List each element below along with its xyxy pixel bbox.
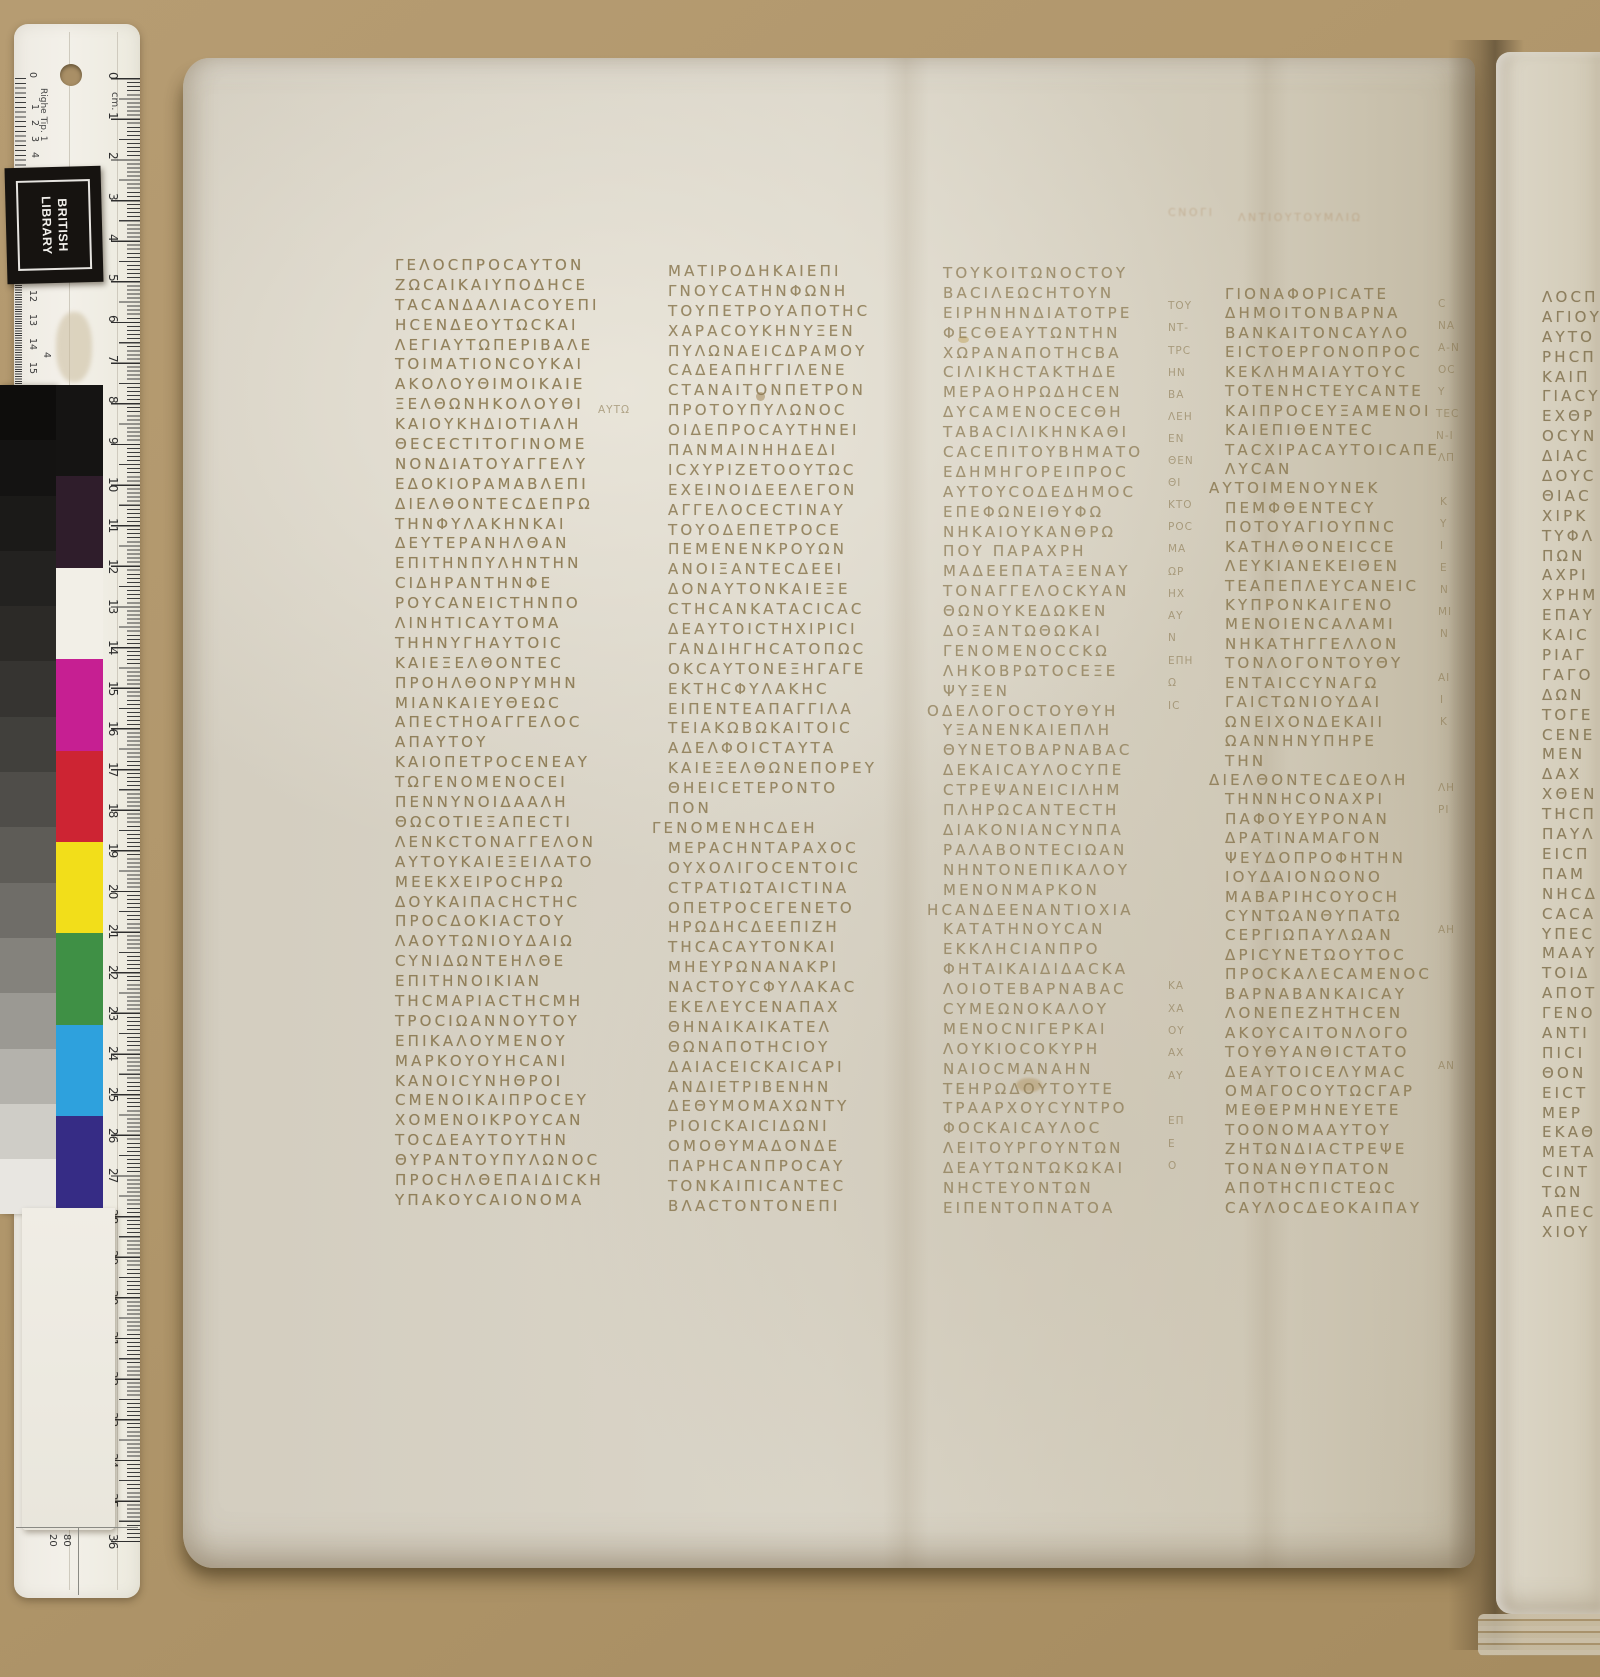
manuscript-line: ΠΟΝ	[668, 799, 877, 819]
ruler-cm-number: 27	[106, 1168, 120, 1183]
manuscript-line: ΠΟΤΟΥΑΓΙΟΥΠΝC	[1225, 518, 1440, 537]
correction-mark: ΩΡ	[1168, 566, 1184, 578]
manuscript-line: ΤΟΥΟΔΕΠΕΤΡΟCΕ	[668, 521, 877, 541]
facing-page-line: ΕΠΑΥ	[1542, 606, 1600, 626]
ruler-cm-number: 5	[106, 274, 120, 282]
facing-page-line: ΕΧΘΡ	[1542, 407, 1600, 427]
manuscript-line: CΤΑΝΑΙΤΟΝΠΕΤΡΟΝ	[668, 381, 877, 401]
manuscript-line: ΠΟΥ ΠΑΡΑΧΡΗ	[943, 542, 1143, 562]
manuscript-line: ΝΗΚΑΤΗΓΓΕΛΛΟΝ	[1225, 635, 1440, 654]
text-column-1: ΓΕΛΟCΠΡΟCΑΥΤΟΝΖΩCΑΙΚΑΙΥΠΟΔΗCΕΤΑCΑΝΔΑΛΙΑC…	[395, 256, 604, 1211]
manuscript-line: ΚΑΤΗΛΘΟΝΕΙCCΕ	[1225, 538, 1440, 557]
correction-mark: Ν	[1168, 632, 1177, 644]
facing-page-line: ΡΙΑΓ	[1542, 646, 1600, 666]
manuscript-line: ΠΕΝΝΥΝΟΙΔΑΑΛΗ	[395, 793, 604, 813]
correction-mark: ΕΠΗ	[1168, 655, 1193, 667]
manuscript-line: ΤΗΝΦΥΛΑΚΗΝΚΑΙ	[395, 515, 604, 535]
manuscript-line: ΚΑΙΕΞΕΛΘΩΝΕΠΟΡΕΥ	[668, 759, 877, 779]
manuscript-line: ΤΑCΧΙΡΑCΑΥΤΟΙCΑΠΕ	[1225, 441, 1440, 460]
manuscript-line: ΔΟΝΑΥΤΟΝΚΑΙΕΞΕ	[668, 580, 877, 600]
manuscript-line: ΝΟΝΔΙΑΤΟΥΑΓΓΕΛΥ	[395, 455, 604, 475]
correction-mark: Ε	[1440, 562, 1448, 574]
manuscript-line: ΘΩΝΑΠΟΤΗCΙΟΥ	[668, 1038, 877, 1058]
ruler-bottom-mark: 20	[47, 1534, 58, 1547]
manuscript-line: ΔΙΕΛΘΟΝΤΕCΔΕΟΛΗ	[1209, 771, 1440, 790]
facing-page-line: ΔΙΑC	[1542, 447, 1600, 467]
ruler-cm-number: 18	[106, 803, 120, 818]
ruler-zero-left: 0	[27, 72, 38, 78]
manuscript-line: ΔΕΑΥΤΟΙCΤΗΧΙΡΙCΙ	[668, 620, 877, 640]
manuscript-line: ΟΙΔΕΠΡΟCΑΥΤΗΝΕΙ	[668, 421, 877, 441]
manuscript-line: ΜΕΡΑCΗΝΤΑΡΑΧΟC	[668, 839, 877, 859]
facing-page-line: ΜΑΑΥ	[1542, 944, 1600, 964]
manuscript-line: CΥΝΙΔΩΝΤΕΗΛΘΕ	[395, 952, 604, 972]
grayscale-calibration-card	[0, 385, 56, 1214]
facing-page-line: ΕΙCΠ	[1542, 845, 1600, 865]
manuscript-line: ΔΟΥΚΑΙΠΑCΗCΤΗC	[395, 893, 604, 913]
manuscript-line: ΔΕΘΥΜΟΜΑΧΩΝΤΥ	[668, 1097, 877, 1117]
manuscript-line: ΑΠΕCΤΗΟΑΓΓΕΛΟC	[395, 713, 604, 733]
manuscript-line: ΤΟΥΚΟΙΤΩΝΟCΤΟΥ	[943, 264, 1143, 284]
correction-mark: ΑΥ	[1168, 610, 1184, 622]
manuscript-line: ΠΡΟCΚΑΛΕCΑΜΕΝΟC	[1225, 965, 1440, 984]
manuscript-line: ΠΕΜΦΘΕΝΤΕCΥ	[1225, 499, 1440, 518]
manuscript-line: ΤΟΙΜΑΤΙΟΝCΟΥΚΑΙ	[395, 355, 604, 375]
ruler-bottom-line	[16, 1527, 138, 1528]
manuscript-line: ΙΟΥΔΑΙΟΝΩΟΝΟ	[1225, 868, 1440, 887]
facing-page-line: ΔΟΥC	[1542, 467, 1600, 487]
correction-mark: ΕΝ	[1168, 433, 1185, 445]
manuscript-line: ΡΑΛΑΒΟΝΤΕCΙΩΑΝ	[943, 841, 1143, 861]
manuscript-line: ΛΗΚΟΒΡΩΤΟCΕΞΕ	[943, 662, 1143, 682]
manuscript-line: ΕΠΙΚΑΛΟΥΜΕΝΟΥ	[395, 1032, 604, 1052]
ruler-left-number: 13	[27, 314, 38, 326]
manuscript-line: ΕΚΚΛΗCΙΑΝΠΡΟ	[943, 940, 1143, 960]
manuscript-line: ΩΑΝΝΗΝΥΠΗΡΕ	[1225, 732, 1440, 751]
ruler-left-unit: 4	[41, 352, 52, 358]
manuscript-line: ΟΜΟΘΥΜΑΔΟΝΔΕ	[668, 1137, 877, 1157]
manuscript-line: ΤΡΟCΙΩΑΝΝΟΥΤΟΥ	[395, 1012, 604, 1032]
manuscript-line: ΤΗΗΝΥΓΗΑΥΤΟΙC	[395, 634, 604, 654]
text-column-4: ΓΙΟΝΑΦΟΡΙCΑΤΕΔΗΜΟΙΤΟΝΒΑΡΝΑΒΑΝΚΑΙΤΟΝCΑΥΛΟ…	[1225, 285, 1440, 1218]
manuscript-line: ΜΑΒΑΡΙΗCΟΥΟCΗ	[1225, 888, 1440, 907]
manuscript-line: ΑΥΤΟΥΚΑΙΕΞΕΙΛΑΤΟ	[395, 853, 604, 873]
correction-mark: Ι	[1440, 694, 1444, 706]
manuscript-line: CΕΡΓΙΩΠΑΥΛΩΑΝ	[1225, 926, 1440, 945]
manuscript-line: ΦΟCΚΑΙCΑΥΛΟC	[943, 1119, 1143, 1139]
ruler-cm-number: 24	[106, 1046, 120, 1061]
manuscript-line: ΘΗΝΑΙΚΑΙΚΑΤΕΛ	[668, 1018, 877, 1038]
manuscript-line: ΤΟΝΑΝΘΥΠΑΤΟΝ	[1225, 1160, 1440, 1179]
manuscript-line: ΤΟΟΝΟΜΑΑΥΤΟΥ	[1225, 1121, 1440, 1140]
manuscript-line: ΕΙΠΕΝΤΕΑΠΑΓΓΙΛΑ	[668, 700, 877, 720]
manuscript-line: ΕΚΕΛΕΥCΕΝΑΠΑΧ	[668, 998, 877, 1018]
manuscript-line: ΤΡΑΑΡΧΟΥCΥΝΤΡΟ	[943, 1099, 1143, 1119]
facing-page-line: ΑΓΙΟΥ	[1542, 308, 1600, 328]
page-crease	[883, 58, 929, 1568]
manuscript-line: ΕΝΤΑΙCCΥΝΑΓΩ	[1225, 674, 1440, 693]
manuscript-line: ΝΗΝΤΟΝΕΠΙΚΑΛΟΥ	[943, 861, 1143, 881]
correction-mark: ΑΧ	[1168, 1047, 1184, 1059]
manuscript-line: ΡΙΟΙCΚΑΙCΙΔΩΝΙ	[668, 1117, 877, 1137]
manuscript-line: ΛΟΝΕΠΕΖΗΤΗCΕΝ	[1225, 1004, 1440, 1023]
manuscript-line: ΤΟΥΠΕΤΡΟΥΑΠΟΤΗC	[668, 302, 877, 322]
facing-page-line: ΤΥΦΛ	[1542, 527, 1600, 547]
text-column-3: ΤΟΥΚΟΙΤΩΝΟCΤΟΥΒΑCΙΛΕΩCΗΤΟΥΝΕΙΡΗΝΗΝΔΙΑΤΟΤ…	[943, 264, 1143, 1219]
manuscript-line: ΜΗΕΥΡΩΝΑΝΑΚΡΙ	[668, 958, 877, 978]
facing-page-line: ΤΗCΠ	[1542, 805, 1600, 825]
manuscript-line: ΝΑCΤΟΥCΦΥΛΑΚΑC	[668, 978, 877, 998]
manuscript-line: ΔΗΜΟΙΤΟΝΒΑΡΝΑ	[1225, 304, 1440, 323]
manuscript-line: ΤΟΝΚΑΙΠΙCΑΝΤΕC	[668, 1177, 877, 1197]
correction-mark: ΗΧ	[1168, 588, 1185, 600]
manuscript-line: ΤΟCΔΕΑΥΤΟΥΤΗΝ	[395, 1131, 604, 1151]
manuscript-line: ΑΔΕΛΦΟΙCΤΑΥΤΑ	[668, 739, 877, 759]
correction-mark: Ι	[1440, 540, 1444, 552]
manuscript-line: ΑΝΟΙΞΑΝΤΕCΔΕΕΙ	[668, 560, 877, 580]
grayscale-patch	[0, 827, 56, 882]
manuscript-line: ΑΚΟΛΟΥΘΙΜΟΙΚΑΙΕ	[395, 375, 604, 395]
manuscript-line: ΔΕΑΥΤΩΝΤΩΚΩΚΑΙ	[943, 1159, 1143, 1179]
grayscale-patch	[0, 1104, 56, 1159]
facing-page-line: ΔΑΧ	[1542, 765, 1600, 785]
ruler-left-number: 12	[27, 290, 38, 302]
manuscript-line: ΛΕΙΤΟΥΡΓΟΥΝΤΩΝ	[943, 1139, 1143, 1159]
manuscript-line: ΕΚΤΗCΦΥΛΑΚΗC	[668, 680, 877, 700]
manuscript-line: ΡΟΥCΑΝΕΙCΤΗΝΠΟ	[395, 594, 604, 614]
facing-page-line: ΓΙΑCΥ	[1542, 387, 1600, 407]
manuscript-line: ΕΙΠΕΝΤΟΠΝΑΤΟΑ	[943, 1199, 1143, 1219]
manuscript-line: ΚΑΙΟΠΕΤΡΟCΕΝΕΑΥ	[395, 753, 604, 773]
manuscript-line: ΤΑCΑΝΔΑΛΙΑCΟΥΕΠΙ	[395, 296, 604, 316]
manuscript-line: ΛΕΥΚΙΑΝΕΚΕΙΘΕΝ	[1225, 557, 1440, 576]
color-patch	[56, 1116, 103, 1207]
manuscript-line: ΥΠΑΚΟΥCΑΙΟΝΟΜΑ	[395, 1191, 604, 1211]
manuscript-line: ΚΑΙΕΞΕΛΘΟΝΤΕC	[395, 654, 604, 674]
ruler-unit-label: cm.	[109, 92, 120, 110]
manuscript-line: ΦΕCΘΕΑΥΤΩΝΤΗΝ	[943, 324, 1143, 344]
stacked-leaf-edges	[1478, 1614, 1600, 1656]
ruler-cm-number: 7	[106, 355, 120, 363]
manuscript-line: ΜΑΤΙΡΟΔΗΚΑΙΕΠΙ	[668, 262, 877, 282]
manuscript-line: ΔΙΑΚΟΝΙΑΝCΥΝΠΑ	[943, 821, 1143, 841]
manuscript-line: ΑΥΤΟΙΜΕΝΟΥΝΕΚ	[1209, 479, 1440, 498]
correction-mark: ΡΟC	[1168, 521, 1193, 533]
manuscript-line: ΚΕΚΛΗΜΑΙΑΥΤΟΥC	[1225, 363, 1440, 382]
grayscale-patch	[0, 551, 56, 606]
manuscript-line: ΚΑΙΠΡΟCΕΥΞΑΜΕΝΟΙ	[1225, 402, 1440, 421]
facing-page-line: ΤΟΓΕ	[1542, 706, 1600, 726]
color-calibration-card	[56, 385, 103, 1208]
manuscript-line: ΓΕΛΟCΠΡΟCΑΥΤΟΝ	[395, 256, 604, 276]
manuscript-photograph: CΝΟΓΙ ΛΝΤΙΟΥΤΟΥΜΛΙΩ ΓΕΛΟCΠΡΟCΑΥΤΟΝΖΩCΑΙΚ…	[0, 0, 1600, 1677]
manuscript-line: ΑΠΑΥΤΟΥ	[395, 733, 604, 753]
ruler-left-scale-label: Righe Tip. 1	[38, 88, 48, 141]
manuscript-line: ΔΥCΑΜΕΝΟCΕCΘΗ	[943, 403, 1143, 423]
manuscript-line: ΓΕΝΟΜΕΝΗCΔΕΗ	[652, 819, 877, 839]
manuscript-line: ΓΑΙCΤΩΝΙΟΥΔΑΙ	[1225, 693, 1440, 712]
manuscript-line: ΕΔΗΜΗΓΟΡΕΙΠΡΟC	[943, 463, 1143, 483]
manuscript-line: ΚΑΤΑΤΗΝΟΥCΑΝ	[943, 920, 1143, 940]
manuscript-line: ΔΕΑΥΤΟΙCΕΛΥΜΑC	[1225, 1063, 1440, 1082]
ruler-cm-number: 21	[106, 924, 120, 939]
manuscript-line: ΘΥΝΕΤΟΒΑΡΝΑΒΑC	[943, 741, 1143, 761]
manuscript-line: ΕΠΙΤΗΝΠΥΛΗΝΤΗΝ	[395, 554, 604, 574]
manuscript-line: ΛΑΟΥΤΩΝΙΟΥΔΑΙΩ	[395, 932, 604, 952]
correction-mark: ΕΠ	[1168, 1115, 1185, 1127]
manuscript-line: ΠΑΝΜΑΙΝΗΗΔΕΔΙ	[668, 441, 877, 461]
british-library-logo-box: BRITISH LIBRARY	[4, 166, 103, 284]
manuscript-line: ΑΠΟΤΗCΠΙCΤΕΩC	[1225, 1179, 1440, 1198]
manuscript-line: ΤΕΙΑΚΩΒΩΚΑΙΤΟΙC	[668, 719, 877, 739]
manuscript-line: ΥΞΑΝΕΝΚΑΙΕΠΛΗ	[943, 721, 1143, 741]
ruler-cm-number: 9	[106, 437, 120, 445]
manuscript-line: ΑΚΟΥCΑΙΤΟΝΛΟΓΟ	[1225, 1024, 1440, 1043]
manuscript-line: ΠΛΗΡΩCΑΝΤΕCΤΗ	[943, 801, 1143, 821]
color-patch	[56, 842, 103, 933]
manuscript-line: ΤΑΒΑCΙΛΙΚΗΝΚΑΘΙ	[943, 423, 1143, 443]
manuscript-line: CΥΜΕΩΝΟΚΑΛΟΥ	[943, 1000, 1143, 1020]
manuscript-line: ΛΟΙΟΤΕΒΑΡΝΑΒΑC	[943, 980, 1143, 1000]
manuscript-line: ΕΔΟΚΙΟΡΑΜΑΒΛΕΠΙ	[395, 475, 604, 495]
color-patch	[56, 659, 103, 750]
manuscript-line: CΑCΕΠΙΤΟΥΒΗΜΑΤΟ	[943, 443, 1143, 463]
manuscript-line: ΚΥΠΡΟΝΚΑΙΓΕΝΟ	[1225, 596, 1440, 615]
correction-mark: ΘΕΝ	[1168, 455, 1194, 467]
facing-page-line: ΧΙΟΥ	[1542, 1223, 1600, 1243]
correction-mark: ΧΑ	[1168, 1003, 1184, 1015]
manuscript-line: ΤΟΝΛΟΓΟΝΤΟΥΘΥ	[1225, 654, 1440, 673]
grayscale-patch	[0, 717, 56, 772]
manuscript-line: ΤΟΤΕΝΗCΤΕΥCΑΝΤΕ	[1225, 382, 1440, 401]
facing-page-line: ΤΟΙΔ	[1542, 964, 1600, 984]
manuscript-line: ΔΡΙCΥΝΕΤΩΟΥΤΟC	[1225, 946, 1440, 965]
manuscript-line: ΤΕΗΡΩΔΟΥΤΟΥΤΕ	[943, 1080, 1143, 1100]
correction-mark: Ω	[1168, 677, 1177, 689]
ruler-cm-number: 23	[106, 1006, 120, 1021]
ruler-cm-number: 16	[106, 721, 120, 736]
facing-page-line: ΠΑΜ	[1542, 865, 1600, 885]
facing-page-line: ΘΙΑC	[1542, 487, 1600, 507]
color-patch	[56, 933, 103, 1024]
ruler-cm-number: 3	[106, 193, 120, 201]
manuscript-line: ΗΡΩΔΗCΔΕΕΠΙΖΗ	[668, 918, 877, 938]
manuscript-line: ΛΟΥΚΙΟCΟΚΥΡΗ	[943, 1040, 1143, 1060]
correction-mark: Ο	[1168, 1160, 1177, 1172]
manuscript-line: ΓΕΝΟΜΕΝΟCCΚΩ	[943, 642, 1143, 662]
facing-page-line: ΔΩΝ	[1542, 686, 1600, 706]
correction-mark: Υ	[1440, 518, 1447, 530]
manuscript-line: CΤΡΑΤΙΩΤΑΙCΤΙΝΑ	[668, 879, 877, 899]
manuscript-line: ΗCΑΝΔΕΕΝΑΝΤΙΟΧΙΑ	[927, 901, 1143, 921]
grayscale-patch	[0, 883, 56, 938]
facing-page-line: ΑΠΟΤ	[1542, 984, 1600, 1004]
manuscript-line: ΠΥΛΩΝΑΕΙCΔΡΑΜΟΥ	[668, 342, 877, 362]
manuscript-line: ΗCΕΝΔΕΟΥΤΩCΚΑΙ	[395, 316, 604, 336]
manuscript-line: ΠΑΡΗCΑΝΠΡΟCΑΥ	[668, 1157, 877, 1177]
manuscript-line: ΤΗCΑCΑΥΤΟΝΚΑΙ	[668, 938, 877, 958]
ruler-cm-number: 6	[106, 315, 120, 323]
manuscript-line: ΚΑΙΕΠΙΘΕΝΤΕC	[1225, 421, 1440, 440]
manuscript-line: ΒΑCΙΛΕΩCΗΤΟΥΝ	[943, 284, 1143, 304]
manuscript-line: CΙΔΗΡΑΝΤΗΝΦΕ	[395, 574, 604, 594]
manuscript-line: ΓΑΝΔΙΗΓΗCΑΤΟΠΩC	[668, 640, 877, 660]
manuscript-line: ΟΜΑΓΟCΟΥΤΩCΓΑΡ	[1225, 1082, 1440, 1101]
manuscript-line: ΓΝΟΥCΑΤΗΝΦΩΝΗ	[668, 282, 877, 302]
ruler-zero-right: 0	[106, 72, 120, 80]
manuscript-line: ΨΕΥΔΟΠΡΟΦΗΤΗΝ	[1225, 849, 1440, 868]
ruler-cm-number: 1	[106, 112, 120, 120]
manuscript-line: ΕΙΡΗΝΗΝΔΙΑΤΟΤΡΕ	[943, 304, 1143, 324]
grayscale-patch	[0, 496, 56, 551]
grayscale-patch	[0, 661, 56, 716]
color-patch	[56, 1025, 103, 1116]
manuscript-line: ΟΥΧΟΛΙΓΟCΕΝΤΟΙC	[668, 859, 877, 879]
ruler-bottom-mark: 80	[61, 1534, 72, 1547]
facing-page-text: ΛΟCΠΑΓΙΟΥΑΥΤΟΡΗCΠΚΑΙΠΓΙΑCΥΕΧΘΡΟCΥΝΔΙΑCΔΟ…	[1542, 288, 1600, 1243]
facing-page-line: ΓΕΝΟ	[1542, 1004, 1600, 1024]
manuscript-line: ΧΟΜΕΝΟΙΚΡΟΥCΑΝ	[395, 1111, 604, 1131]
ruler-cm-number: 36	[106, 1534, 120, 1549]
manuscript-line: ΠΡΟΗΛΘΟΝΡΥΜΗΝ	[395, 674, 604, 694]
manuscript-line: ΜΕΝΟΙΕΝCΑΛΑΜΙ	[1225, 615, 1440, 634]
manuscript-line: ΠΡΟCΗΛΘΕΠΑΙΔΙCΚΗ	[395, 1171, 604, 1191]
facing-page-line: ΠΑΥΛ	[1542, 825, 1600, 845]
facing-page-line: ΑΠΕC	[1542, 1203, 1600, 1223]
facing-page-line: ΝΗCΔ	[1542, 885, 1600, 905]
manuscript-line: ΤΕΑΠΕΠΛΕΥCΑΝΕΙC	[1225, 577, 1440, 596]
manuscript-line: ΘΩCΟΤΙΕΞΑΠΕCΤΙ	[395, 813, 604, 833]
manuscript-line: ΒΛΑCΤΟΝΤΟΝΕΠΙ	[668, 1197, 877, 1217]
manuscript-line: CΤΗCΑΝΚΑΤΑCΙCΑC	[668, 600, 877, 620]
grayscale-patch	[0, 1159, 56, 1214]
manuscript-line: ΤΩΓΕΝΟΜΕΝΟCΕΙ	[395, 773, 604, 793]
manuscript-line: ΔΟΞΑΝΤΩΘΩΚΑΙ	[943, 622, 1143, 642]
correction-mark: ΒΑ	[1168, 389, 1184, 401]
facing-page-line: ΧΘΕΝ	[1542, 785, 1600, 805]
correction-mark: ΝΤ-	[1168, 322, 1189, 334]
correction-mark: ΗΝ	[1168, 367, 1186, 379]
ruler-cm-number: 13	[106, 599, 120, 614]
ruler-cm-number: 8	[106, 396, 120, 404]
manuscript-line: ΒΑΡΝΑΒΑΝΚΑΙCΑΥ	[1225, 985, 1440, 1004]
facing-page-line: ΜΕΤΑ	[1542, 1143, 1600, 1163]
manuscript-line: ΤΟΝΑΓΓΕΛΟCΚΥΑΝ	[943, 582, 1143, 602]
facing-page-line: ΑΥΤΟ	[1542, 328, 1600, 348]
grayscale-patch	[0, 938, 56, 993]
manuscript-line: ΜΕΕΚΧΕΙΡΟCΗΡΩ	[395, 873, 604, 893]
manuscript-line: ΤΗCΜΑΡΙΑCΤΗCΜΗ	[395, 992, 604, 1012]
ruler-cm-number: 20	[106, 884, 120, 899]
correction-mark: ΚΑ	[1168, 980, 1184, 992]
manuscript-line: ΚΑΝΟΙCΥΝΗΘΡΟΙ	[395, 1072, 604, 1092]
facing-page-line: ΟCΥΝ	[1542, 427, 1600, 447]
correction-mark: ΤΟΥ	[1168, 300, 1192, 312]
correction-mark: Ε	[1168, 1138, 1176, 1150]
ruler-left-ticks	[15, 78, 26, 178]
manuscript-line: ΘΗΕΙCΕΤΕΡΟΝΤΟ	[668, 779, 877, 799]
manuscript-line: ΕΠΕΦΩΝΕΙΘΥΦΩ	[943, 503, 1143, 523]
manuscript-line: ΔΙΕΛΘΟΝΤΕCΔΕΠΡΩ	[395, 495, 604, 515]
ruler-cm-number: 14	[106, 640, 120, 655]
manuscript-line: ΟΚCΑΥΤΟΝΕΞΗΓΑΓΕ	[668, 660, 877, 680]
facing-page-line: CΑCΑ	[1542, 905, 1600, 925]
logo-frame: BRITISH LIBRARY	[16, 179, 92, 271]
correction-mark: C	[1438, 298, 1446, 310]
ruler-cm-number: 17	[106, 762, 120, 777]
ruler-left-number: 14	[27, 338, 38, 350]
ruler-cm-number: 11	[106, 518, 120, 533]
facing-page-line: ΜΕΡ	[1542, 1104, 1600, 1124]
ruler-cm-number: 26	[106, 1128, 120, 1143]
faint-header-mark: CΝΟΓΙ	[1168, 206, 1214, 219]
color-patch	[56, 476, 103, 567]
ruler-bottom-line	[78, 1527, 79, 1595]
ruler-cm-number: 22	[106, 965, 120, 980]
manuscript-line: CΑΔΕΑΠΗΓΓΙΛΕΝΕ	[668, 361, 877, 381]
manuscript-line: ΛΥCΑΝ	[1225, 460, 1440, 479]
facing-page-line: CΙΝΤ	[1542, 1163, 1600, 1183]
manuscript-line: ΖΗΤΩΝΔΙΑCΤΡΕΨΕ	[1225, 1140, 1440, 1159]
color-patch	[56, 751, 103, 842]
manuscript-line: ΒΑΝΚΑΙΤΟΝCΑΥΛΟ	[1225, 324, 1440, 343]
manuscript-line: ΠΡΟCΔΟΚΙΑCΤΟΥ	[395, 912, 604, 932]
ruler-cm-number: 12	[106, 559, 120, 574]
facing-page-line: ΧΡΗΜ	[1542, 586, 1600, 606]
manuscript-line: ΧΑΡΑCΟΥΚΗΝΥΞΕΝ	[668, 322, 877, 342]
facing-page-line: ΘΟΝ	[1542, 1064, 1600, 1084]
ruler-smudge	[56, 312, 92, 382]
facing-page-line: ΕΚΑΘ	[1542, 1123, 1600, 1143]
manuscript-line: ΛΕΓΙΑΥΤΩΠΕΡΙΒΑΛΕ	[395, 336, 604, 356]
manuscript-line: ΟΠΕΤΡΟCΕΓΕΝΕΤΟ	[668, 899, 877, 919]
ruler-cm-number: 4	[106, 234, 120, 242]
correction-mark: Κ	[1440, 716, 1448, 728]
manuscript-line: ΕΠΙΤΗΝΟΙΚΙΑΝ	[395, 972, 604, 992]
manuscript-line: ΙCΧΥΡΙΖΕΤΟΟΥΤΩC	[668, 461, 877, 481]
grayscale-patch	[0, 772, 56, 827]
manuscript-line: ΑΥΤΟΥCΟΔΕΔΗΜΟC	[943, 483, 1143, 503]
facing-page-line: ΠΙCΙ	[1542, 1044, 1600, 1064]
correction-mark: ΚΤΟ	[1168, 499, 1193, 511]
manuscript-line: ΠΑΦΟΥΕΥΡΟΝΑΝ	[1225, 810, 1440, 829]
grayscale-patch	[0, 1049, 56, 1104]
correction-mark: ΜΑ	[1168, 543, 1186, 555]
ruler-left-fine-ticks	[15, 280, 22, 390]
manuscript-line: ΕΙCΤΟΕΡΓΟΝΟΠΡΟC	[1225, 343, 1440, 362]
facing-page-line: CΕΝΕ	[1542, 726, 1600, 746]
manuscript-line: ΞΕΛΘΩΝΗΚΟΛΟΥΘΙ	[395, 395, 604, 415]
manuscript-line: CΑΥΛΟCΔΕΟΚΑΙΠΑΥ	[1225, 1199, 1440, 1218]
grayscale-patch	[0, 385, 56, 440]
manuscript-line: ΠΕΜΕΝΕΝΚΡΟΥΩΝ	[668, 540, 877, 560]
manuscript-line: ΑΝΔΙΕΤΡΙΒΕΝΗΝ	[668, 1078, 877, 1098]
correction-mark: ΘΙ	[1168, 477, 1181, 489]
grayscale-patch	[0, 993, 56, 1048]
manuscript-line: ΧΩΡΑΝΑΠΟΤΗCΒΑ	[943, 344, 1143, 364]
facing-page-line: ΑΝΤΙ	[1542, 1024, 1600, 1044]
ruler-left-number: 15	[27, 362, 38, 374]
facing-page-line: ΡΗCΠ	[1542, 348, 1600, 368]
text-column-2: ΜΑΤΙΡΟΔΗΚΑΙΕΠΙΓΝΟΥCΑΤΗΝΦΩΝΗΤΟΥΠΕΤΡΟΥΑΠΟΤ…	[668, 262, 877, 1217]
manuscript-line: ΔΕΚΑΙCΑΥΛΟCΥΠΕ	[943, 761, 1143, 781]
correction-mark: Υ	[1438, 386, 1445, 398]
manuscript-line: CΥΝΤΩΑΝΘΥΠΑΤΩ	[1225, 907, 1440, 926]
manuscript-line: ΘΩΝΟΥΚΕΔΩΚΕΝ	[943, 602, 1143, 622]
manuscript-line: ΤΗΝΝΗCΟΝΑΧΡΙ	[1225, 790, 1440, 809]
ruler-cm-number: 25	[106, 1087, 120, 1102]
facing-page-line: ΛΟCΠ	[1542, 288, 1600, 308]
